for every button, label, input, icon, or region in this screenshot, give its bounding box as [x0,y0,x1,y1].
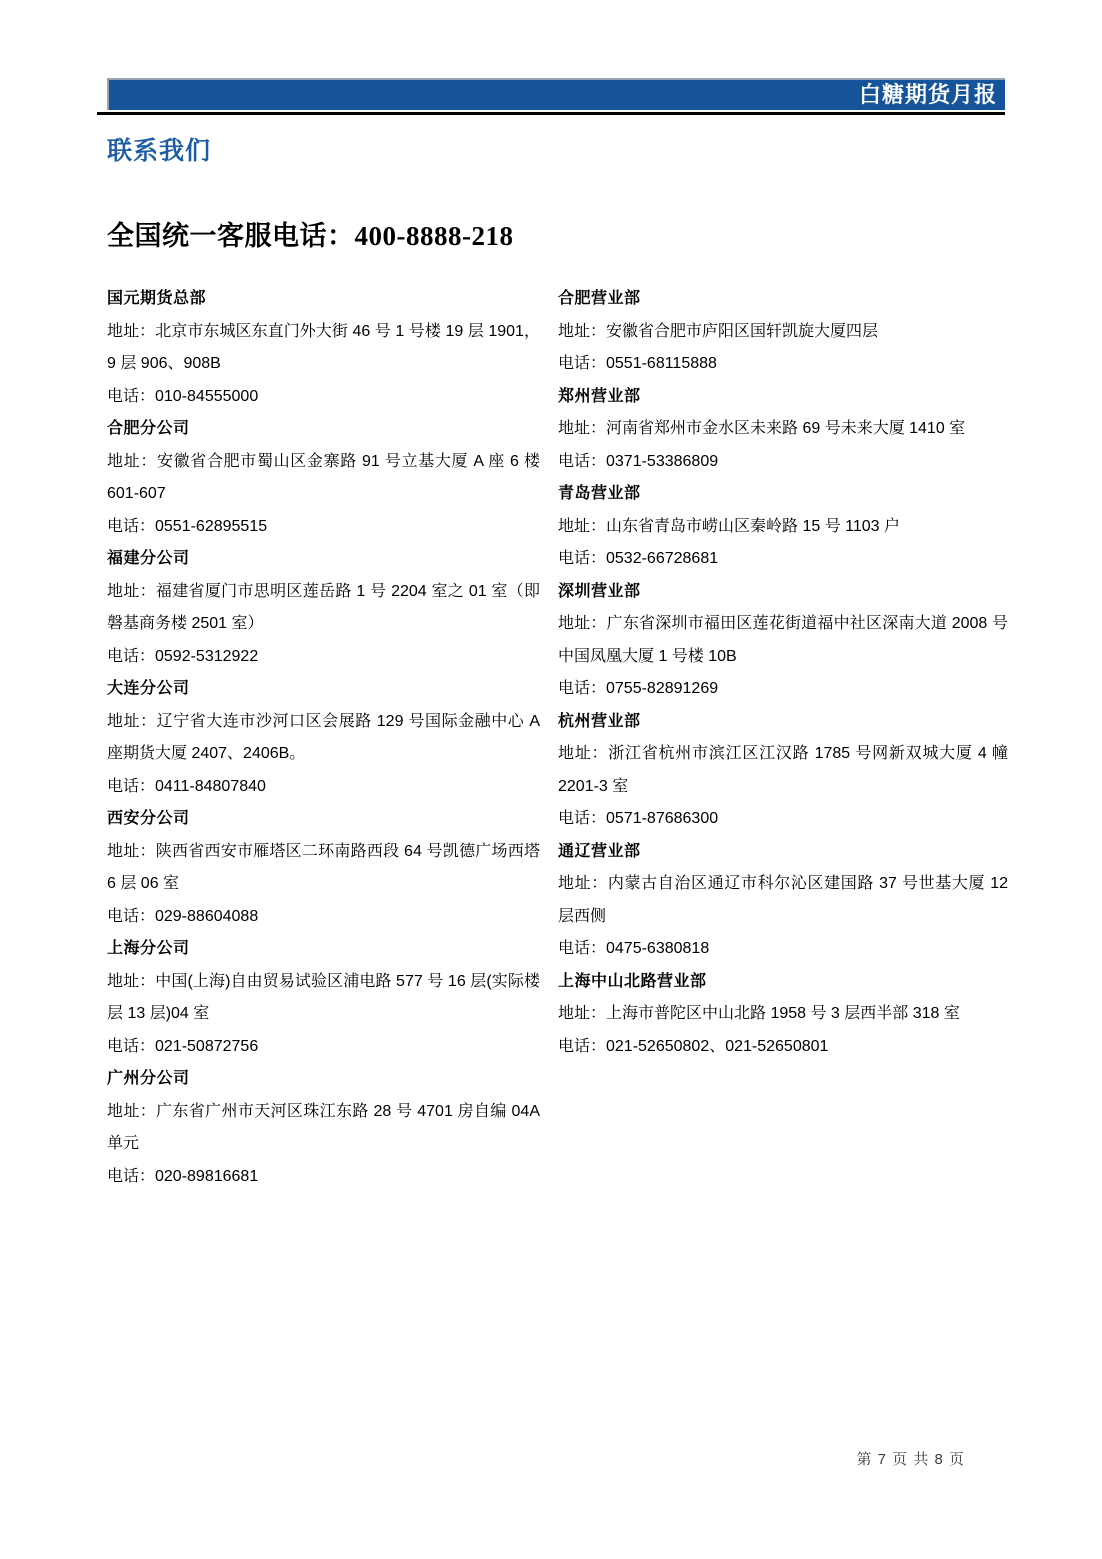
page-number: 第 7 页 共 8 页 [856,1448,965,1469]
contact-block: 合肥营业部 地址：安徽省合肥市庐阳区国轩凯旋大厦四层 电话：0551-68115… [558,283,1008,381]
header-divider [97,112,1005,115]
contact-office-name: 国元期货总部 [107,283,540,316]
contact-block: 国元期货总部 地址：北京市东城区东直门外大街 46 号 1 号楼 19 层 19… [107,283,540,413]
contact-block: 大连分公司 地址：辽宁省大连市沙河口区会展路 129 号国际金融中心 A 座期货… [107,673,540,803]
section-title: 联系我们 [107,131,211,167]
contact-address: 地址：陕西省西安市雁塔区二环南路西段 64 号凯德广场西塔 6 层 06 室 [107,836,540,901]
contact-address: 地址：北京市东城区东直门外大街 46 号 1 号楼 19 层 1901，9 层 … [107,316,540,381]
contact-columns: 国元期货总部 地址：北京市东城区东直门外大街 46 号 1 号楼 19 层 19… [107,283,1008,1193]
contact-phone: 电话：0571-87686300 [558,803,1008,836]
report-title: 白糖期货月报 [859,84,997,106]
contact-address: 地址：广东省广州市天河区珠江东路 28 号 4701 房自编 04A 单元 [107,1096,540,1161]
contact-office-name: 青岛营业部 [558,478,1008,511]
contact-block: 福建分公司 地址：福建省厦门市思明区莲岳路 1 号 2204 室之 01 室（即… [107,543,540,673]
contact-address: 地址：辽宁省大连市沙河口区会展路 129 号国际金融中心 A 座期货大厦 240… [107,706,540,771]
contact-block: 合肥分公司 地址：安徽省合肥市蜀山区金寨路 91 号立基大厦 A 座 6 楼 6… [107,413,540,543]
contact-address: 地址：山东省青岛市崂山区秦岭路 15 号 1103 户 [558,511,1008,544]
contact-phone: 电话：0371-53386809 [558,446,1008,479]
contact-phone: 电话：020-89816681 [107,1161,540,1194]
contact-block: 杭州营业部 地址：浙江省杭州市滨江区江汉路 1785 号网新双城大厦 4 幢 2… [558,706,1008,836]
contact-block: 深圳营业部 地址：广东省深圳市福田区莲花街道福中社区深南大道 2008 号中国凤… [558,576,1008,706]
contact-office-name: 合肥分公司 [107,413,540,446]
contact-phone: 电话：0475-6380818 [558,933,1008,966]
contact-block: 青岛营业部 地址：山东省青岛市崂山区秦岭路 15 号 1103 户 电话：053… [558,478,1008,576]
contact-block: 上海中山北路营业部 地址：上海市普陀区中山北路 1958 号 3 层西半部 31… [558,966,1008,1064]
report-title-bar: 白糖期货月报 [107,78,1005,110]
contact-phone: 电话：0551-62895515 [107,511,540,544]
contact-phone: 电话：021-50872756 [107,1031,540,1064]
contact-address: 地址：广东省深圳市福田区莲花街道福中社区深南大道 2008 号中国凤凰大厦 1 … [558,608,1008,673]
contact-address: 地址：福建省厦门市思明区莲岳路 1 号 2204 室之 01 室（即磐基商务楼 … [107,576,540,641]
contact-office-name: 杭州营业部 [558,706,1008,739]
contact-office-name: 合肥营业部 [558,283,1008,316]
contact-office-name: 广州分公司 [107,1063,540,1096]
page-header: 白糖期货月报 [97,78,1005,115]
contact-office-name: 大连分公司 [107,673,540,706]
contact-address: 地址：安徽省合肥市庐阳区国轩凯旋大厦四层 [558,316,1008,349]
contact-office-name: 上海分公司 [107,933,540,966]
contact-block: 广州分公司 地址：广东省广州市天河区珠江东路 28 号 4701 房自编 04A… [107,1063,540,1193]
contact-address: 地址：河南省郑州市金水区未来路 69 号未来大厦 1410 室 [558,413,1008,446]
contact-block: 郑州营业部 地址：河南省郑州市金水区未来路 69 号未来大厦 1410 室 电话… [558,381,1008,479]
contact-phone: 电话：021-52650802、021-52650801 [558,1031,1008,1064]
contact-office-name: 深圳营业部 [558,576,1008,609]
contact-phone: 电话：0755-82891269 [558,673,1008,706]
contact-office-name: 西安分公司 [107,803,540,836]
contact-address: 地址：上海市普陀区中山北路 1958 号 3 层西半部 318 室 [558,998,1008,1031]
contact-block: 西安分公司 地址：陕西省西安市雁塔区二环南路西段 64 号凯德广场西塔 6 层 … [107,803,540,933]
contact-address: 地址：安徽省合肥市蜀山区金寨路 91 号立基大厦 A 座 6 楼 601-607 [107,446,540,511]
contact-address: 地址：浙江省杭州市滨江区江汉路 1785 号网新双城大厦 4 幢 2201-3 … [558,738,1008,803]
contact-column-right: 合肥营业部 地址：安徽省合肥市庐阳区国轩凯旋大厦四层 电话：0551-68115… [558,283,1008,1193]
contact-office-name: 上海中山北路营业部 [558,966,1008,999]
hotline-heading: 全国统一客服电话：400-8888-218 [107,214,513,253]
contact-office-name: 福建分公司 [107,543,540,576]
contact-phone: 电话：0592-5312922 [107,641,540,674]
contact-block: 上海分公司 地址：中国(上海)自由贸易试验区浦电路 577 号 16 层(实际楼… [107,933,540,1063]
contact-phone: 电话：010-84555000 [107,381,540,414]
contact-office-name: 郑州营业部 [558,381,1008,414]
document-page: 白糖期货月报 联系我们 全国统一客服电话：400-8888-218 国元期货总部… [0,0,1102,1559]
contact-phone: 电话：0532-66728681 [558,543,1008,576]
contact-office-name: 通辽营业部 [558,836,1008,869]
contact-phone: 电话：0411-84807840 [107,771,540,804]
contact-phone: 电话：0551-68115888 [558,348,1008,381]
contact-address: 地址：中国(上海)自由贸易试验区浦电路 577 号 16 层(实际楼层 13 层… [107,966,540,1031]
contact-block: 通辽营业部 地址：内蒙古自治区通辽市科尔沁区建国路 37 号世基大厦 12 层西… [558,836,1008,966]
contact-address: 地址：内蒙古自治区通辽市科尔沁区建国路 37 号世基大厦 12 层西侧 [558,868,1008,933]
contact-column-left: 国元期货总部 地址：北京市东城区东直门外大街 46 号 1 号楼 19 层 19… [107,283,540,1193]
contact-phone: 电话：029-88604088 [107,901,540,934]
